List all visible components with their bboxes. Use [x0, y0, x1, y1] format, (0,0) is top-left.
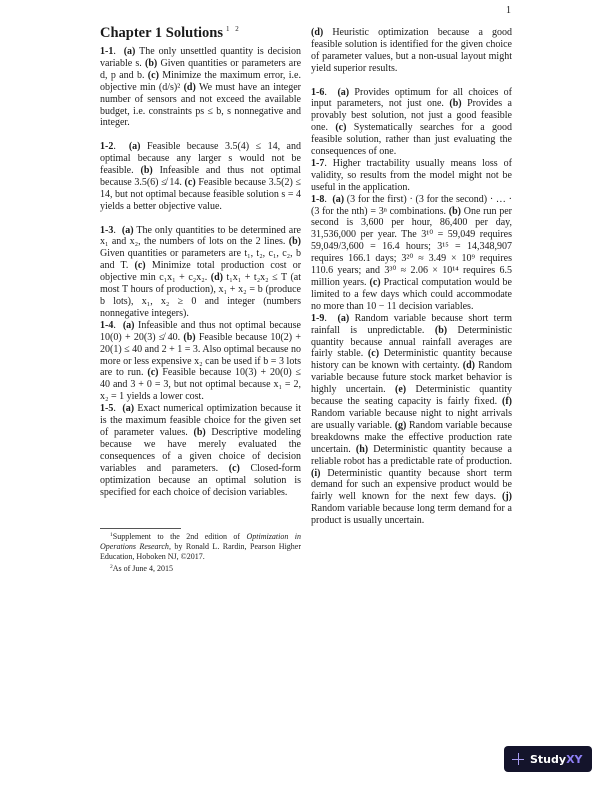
part-label: (c): [335, 122, 346, 133]
problem-number: 1-4: [100, 320, 113, 331]
part-label: (d): [311, 27, 323, 38]
problem-number: 1-9: [311, 313, 324, 324]
part-label: (a): [122, 403, 134, 414]
part-label: (d): [211, 272, 223, 283]
part-text: One run per second is 3,600 per hour, 86…: [311, 206, 512, 288]
footnotes: 1Supplement to the 2nd edition of Optimi…: [100, 530, 301, 574]
part-label: (h): [356, 444, 368, 455]
page-title: Chapter 1 Solutions1 2: [100, 21, 301, 42]
plus-icon: [512, 753, 524, 765]
title-text: Chapter 1 Solutions: [100, 25, 223, 41]
part-label: (b): [145, 58, 157, 69]
part-label: (g): [395, 420, 407, 431]
part-label: (b): [449, 98, 461, 109]
part-label: (a): [337, 87, 349, 98]
part-label: (b): [289, 236, 301, 247]
part-text: Deterministic quantity because short ter…: [311, 468, 512, 503]
problem-number: 1-2: [100, 141, 113, 152]
footnote-2: 2As of June 4, 2015: [100, 562, 301, 574]
part-label: (a): [332, 194, 344, 205]
part-label: (c): [229, 463, 240, 474]
solution-1-5: 1-5. (a) Exact numerical optimization be…: [100, 403, 301, 498]
part-label: (a): [338, 313, 350, 324]
solution-text: Higher tractability usually means loss o…: [311, 158, 512, 193]
part-text: Heuristic optimization because a good fe…: [311, 27, 512, 74]
solution-1-4: 1-4. (a) Infeasible and thus not optimal…: [100, 320, 301, 403]
footnote-rule: [100, 528, 181, 529]
part-label: (b): [193, 427, 205, 438]
problem-number: 1-1: [100, 46, 113, 57]
part-text: Random variable because long term demand…: [311, 503, 512, 526]
part-label: (c): [135, 260, 146, 271]
solution-1-5-continued: (d) Heuristic optimization because a goo…: [311, 27, 512, 75]
part-label: (b): [435, 325, 447, 336]
brand-name-study: Study: [530, 753, 566, 766]
problem-number: 1-5: [100, 403, 113, 414]
right-column: (d) Heuristic optimization because a goo…: [311, 27, 512, 527]
solution-1-3: 1-3. (a) The only quantities to be deter…: [100, 225, 301, 320]
part-label: (b): [140, 165, 152, 176]
part-label: (c): [147, 367, 158, 378]
part-label: (e): [395, 384, 406, 395]
solution-1-7: 1-7. Higher tractability usually means l…: [311, 158, 512, 194]
studyxy-watermark-badge[interactable]: StudyXY: [504, 746, 592, 772]
part-label: (j): [502, 491, 512, 502]
solution-1-6: 1-6. (a) Provides optimum for all choice…: [311, 87, 512, 158]
part-label: (a): [129, 141, 141, 152]
left-column: Chapter 1 Solutions1 2 1-1. (a) The only…: [100, 21, 301, 498]
part-label: (b): [183, 332, 195, 343]
brand-name-xy: XY: [566, 753, 582, 766]
problem-number: 1-8: [311, 194, 324, 205]
solution-1-9: 1-9. (a) Random variable because short t…: [311, 313, 512, 527]
solution-1-1: 1-1. (a) The only unsettled quantity is …: [100, 46, 301, 129]
part-label: (d): [184, 82, 196, 93]
problem-number: 1-6: [311, 87, 324, 98]
part-label: (c): [185, 177, 196, 188]
solution-1-8: 1-8. (a) (3 for the first) · (3 for the …: [311, 194, 512, 313]
part-label: (b): [449, 206, 461, 217]
part-label: (c): [368, 348, 379, 359]
title-footnote-marks: 1 2: [226, 25, 241, 33]
footnote-text: As of June 4, 2015: [113, 564, 173, 573]
footnote-text: Supplement to the 2nd edition of: [113, 532, 247, 541]
part-label: (a): [122, 225, 134, 236]
problem-number: 1-3: [100, 225, 113, 236]
part-label: (a): [123, 320, 135, 331]
solution-1-2: 1-2. (a) Feasible because 3.5(4) ≤ 14, a…: [100, 141, 301, 212]
part-label: (f): [502, 396, 512, 407]
problem-number: 1-7: [311, 158, 324, 169]
page-number: 1: [506, 5, 511, 16]
footnote-1: 1Supplement to the 2nd edition of Optimi…: [100, 530, 301, 562]
part-label: (c): [370, 277, 381, 288]
part-label: (d): [463, 360, 475, 371]
part-label: (a): [124, 46, 136, 57]
part-label: (c): [148, 70, 159, 81]
